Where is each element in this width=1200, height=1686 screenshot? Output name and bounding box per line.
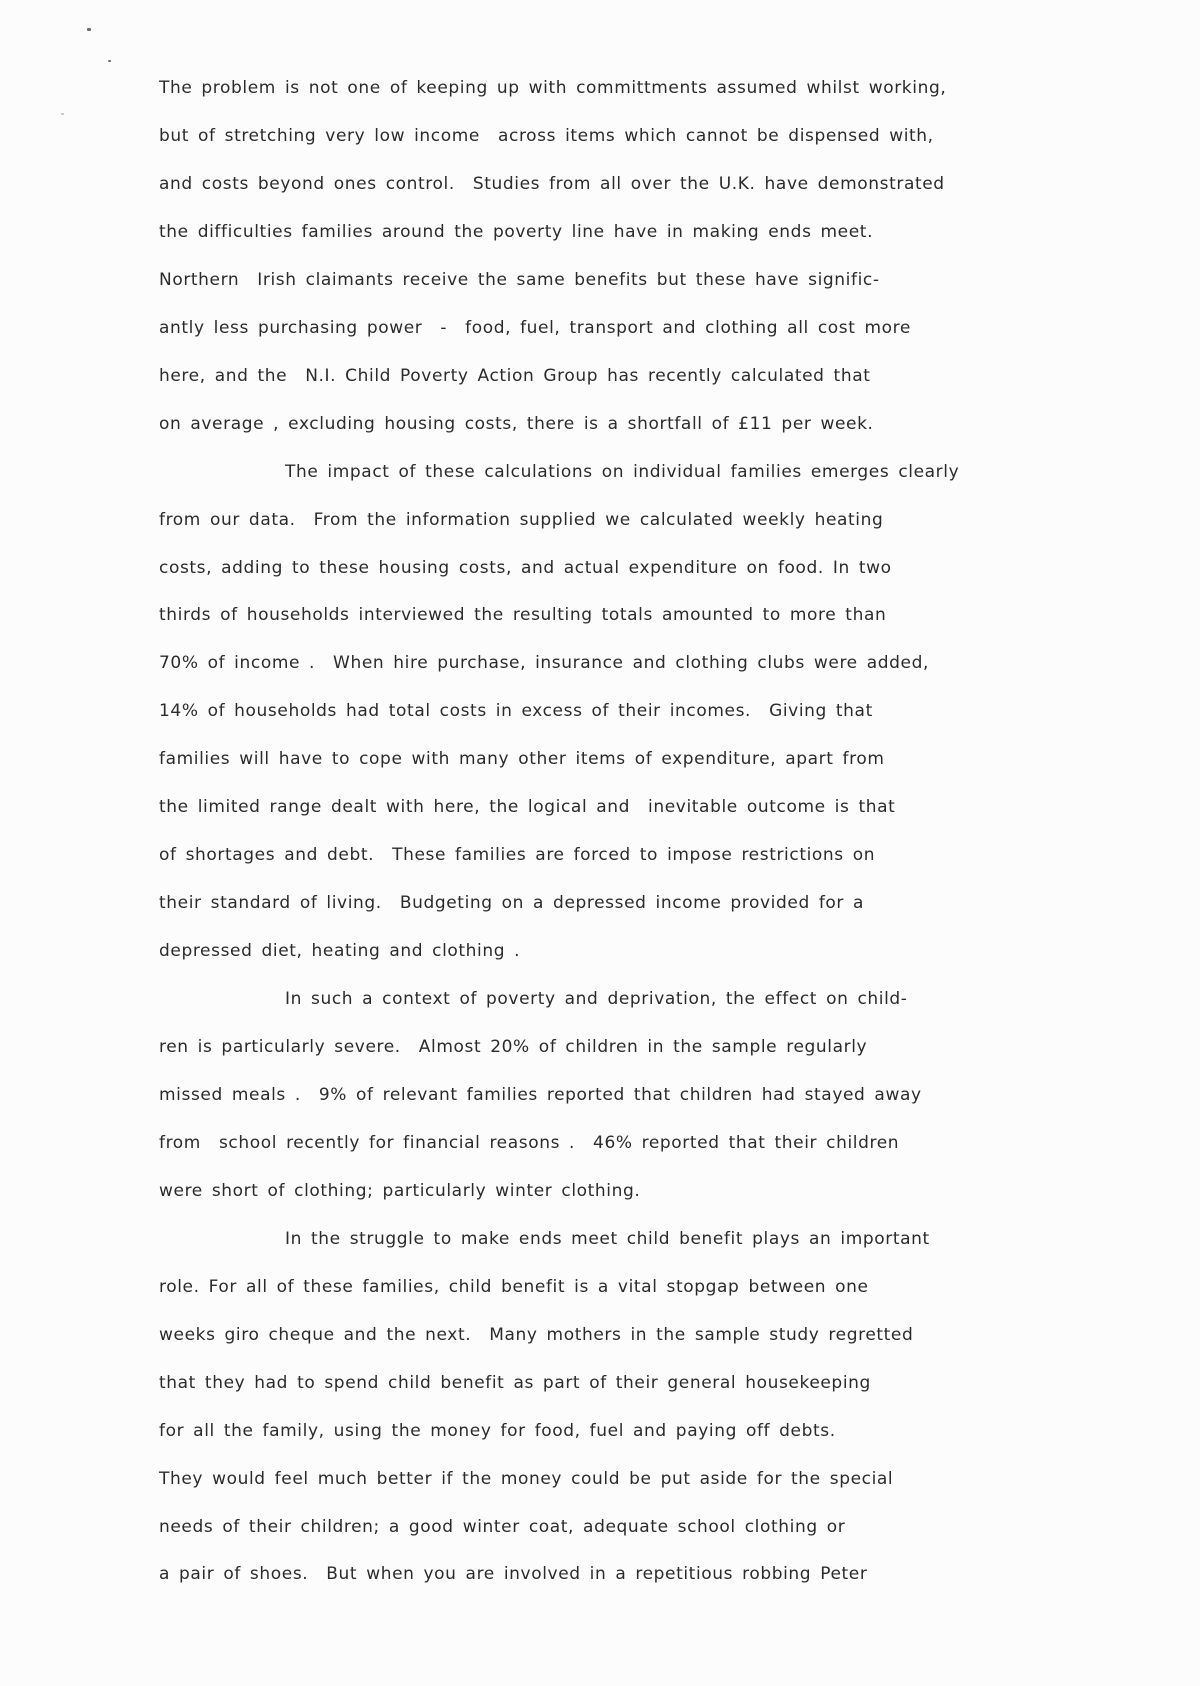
margin-speck — [87, 28, 91, 31]
text-line: thirds of households interviewed the res… — [159, 605, 886, 625]
text-line: antly less purchasing power - food, fuel… — [159, 318, 911, 338]
text-line: weeks giro cheque and the next. Many mot… — [159, 1325, 913, 1345]
text-line: role. For all of these families, child b… — [159, 1277, 869, 1297]
text-line: and costs beyond ones control. Studies f… — [159, 174, 945, 194]
text-line: ren is particularly severe. Almost 20% o… — [159, 1037, 867, 1057]
text-line: Northern Irish claimants receive the sam… — [159, 270, 880, 290]
text-line: 70% of income . When hire purchase, insu… — [159, 653, 929, 673]
document-page: The problem is not one of keeping up wit… — [0, 0, 1200, 1686]
text-line: costs, adding to these housing costs, an… — [159, 558, 892, 578]
text-line: for all the family, using the money for … — [159, 1421, 836, 1441]
text-line: were short of clothing; particularly win… — [159, 1181, 640, 1201]
text-line: The problem is not one of keeping up wit… — [159, 78, 946, 98]
text-line: the difficulties families around the pov… — [159, 222, 873, 242]
text-line: from school recently for financial reaso… — [159, 1133, 899, 1153]
text-line: They would feel much better if the money… — [159, 1469, 893, 1489]
margin-speck — [61, 113, 64, 115]
text-line: from our data. From the information supp… — [159, 510, 883, 530]
text-line: on average , excluding housing costs, th… — [159, 414, 874, 434]
text-line: depressed diet, heating and clothing . — [159, 941, 520, 961]
text-line: here, and the N.I. Child Poverty Action … — [159, 366, 870, 386]
text-line: needs of their children; a good winter c… — [159, 1517, 845, 1537]
text-line: In the struggle to make ends meet child … — [285, 1229, 930, 1249]
text-line: of shortages and debt. These families ar… — [159, 845, 875, 865]
text-line: 14% of households had total costs in exc… — [159, 701, 873, 721]
text-line: The impact of these calculations on indi… — [285, 462, 959, 482]
text-line: that they had to spend child benefit as … — [159, 1373, 871, 1393]
text-line: the limited range dealt with here, the l… — [159, 797, 895, 817]
text-line: their standard of living. Budgeting on a… — [159, 893, 864, 913]
text-line: families will have to cope with many oth… — [159, 749, 884, 769]
text-line: a pair of shoes. But when you are involv… — [159, 1564, 867, 1584]
text-line: missed meals . 9% of relevant families r… — [159, 1085, 922, 1105]
text-line: In such a context of poverty and depriva… — [285, 989, 908, 1009]
margin-speck — [108, 60, 111, 62]
text-line: but of stretching very low income across… — [159, 126, 934, 146]
